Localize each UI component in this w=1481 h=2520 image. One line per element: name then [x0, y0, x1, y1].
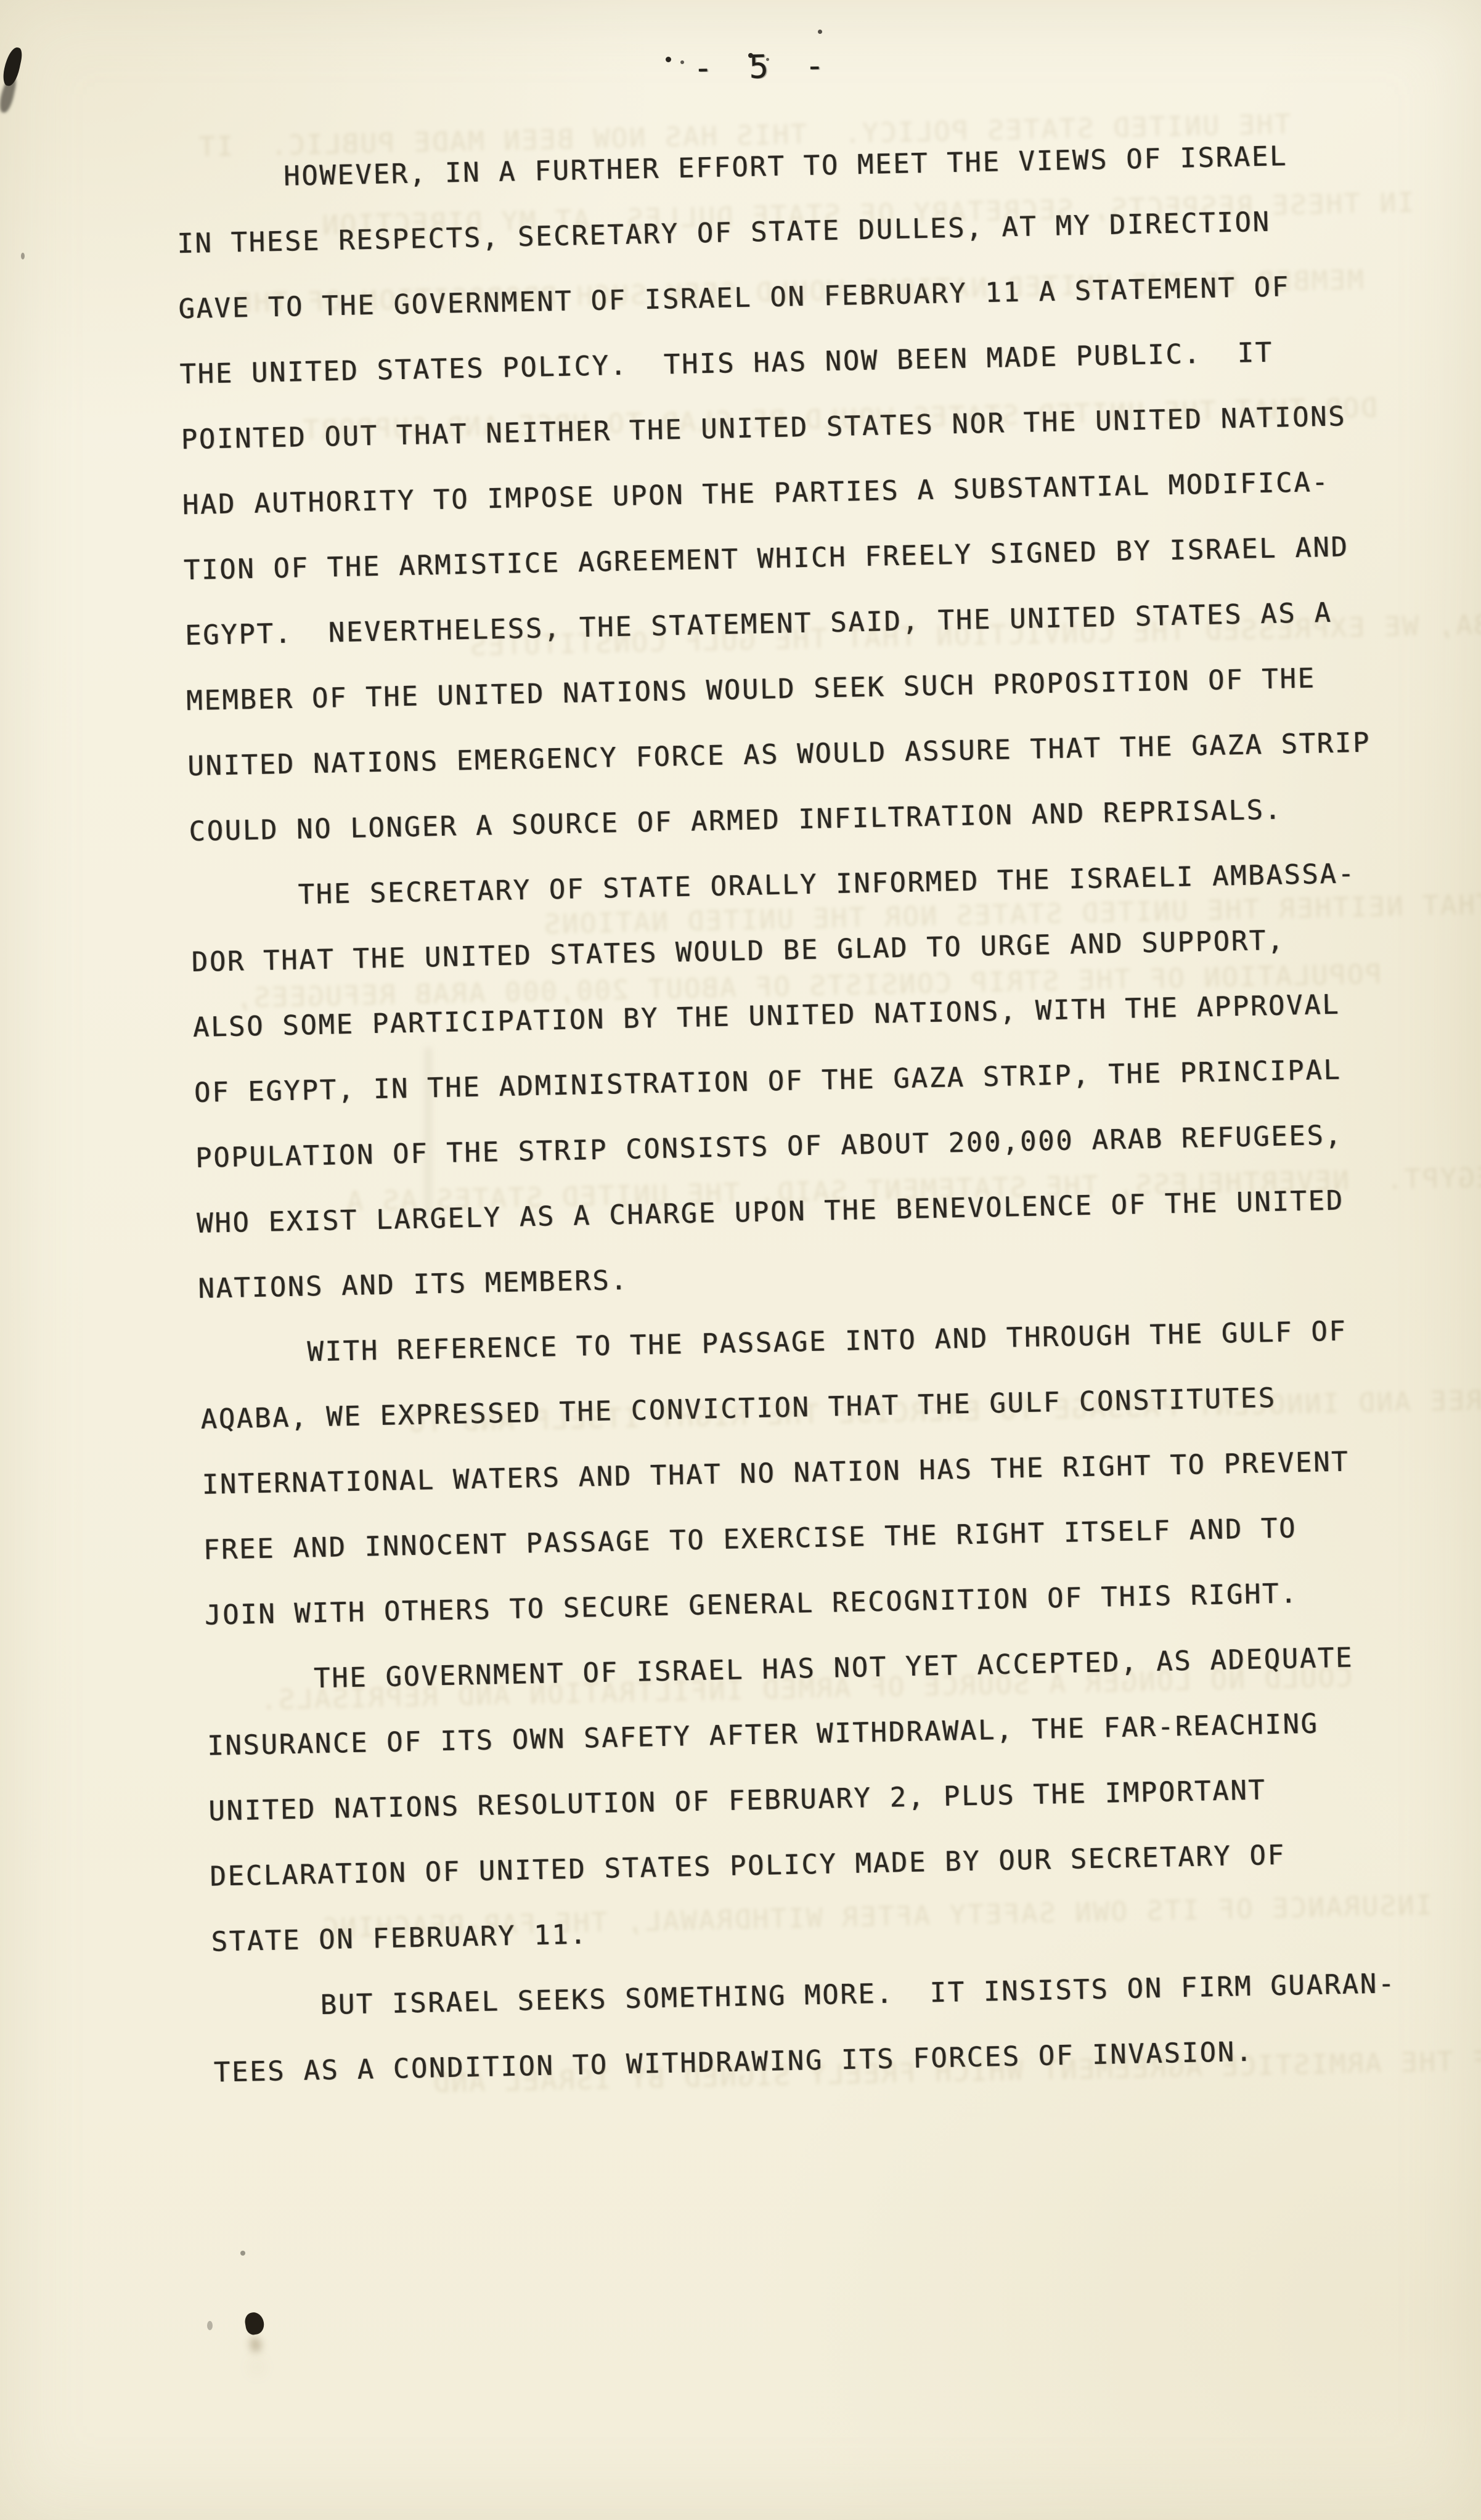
- ink-speck: [207, 2321, 213, 2330]
- ink-speck: [21, 253, 25, 259]
- ink-speck: [766, 58, 769, 61]
- text-line: FREE AND INNOCENT PASSAGE TO EXERCISE TH…: [203, 1515, 1297, 1564]
- ink-speck: [666, 57, 671, 62]
- text-line: DECLARATION OF UNITED STATES POLICY MADE…: [210, 1842, 1286, 1891]
- text-line: BUT ISRAEL SEEKS SOMETHING MORE. IT INSI…: [320, 1970, 1396, 2019]
- text-line: HAD AUTHORITY TO IMPOSE UPON THE PARTIES…: [182, 469, 1329, 519]
- text-line: OF EGYPT, IN THE ADMINISTRATION OF THE G…: [194, 1057, 1342, 1107]
- text-line: WITH REFERENCE TO THE PASSAGE INTO AND T…: [307, 1318, 1347, 1366]
- text-line: NATIONS AND ITS MEMBERS.: [198, 1267, 629, 1303]
- text-line: UNITED NATIONS RESOLUTION OF FEBRUARY 2,…: [208, 1777, 1267, 1825]
- text-line: POPULATION OF THE STRIP CONSISTS OF ABOU…: [195, 1122, 1343, 1172]
- page-number: - 5 -: [693, 47, 833, 88]
- text-line: JOIN WITH OTHERS TO SECURE GENERAL RECOG…: [205, 1580, 1299, 1629]
- typed-text-block: - 5 - HOWEVER, IN A FURTHER EFFORT TO ME…: [0, 0, 1481, 2520]
- ink-speck: [240, 2251, 245, 2256]
- text-line: MEMBER OF THE UNITED NATIONS WOULD SEEK …: [186, 665, 1316, 715]
- text-line: THE UNITED STATES POLICY. THIS HAS NOW B…: [179, 340, 1273, 389]
- text-line: INTERNATIONAL WATERS AND THAT NO NATION …: [202, 1449, 1349, 1499]
- ink-speck: [818, 30, 822, 34]
- text-line: COULD NO LONGER A SOURCE OF ARMED INFILT…: [189, 796, 1283, 846]
- body-text: HOWEVER, IN A FURTHER EFFORT TO MEET THE…: [0, 0, 1477, 4]
- text-line: INSURANCE OF ITS OWN SAFETY AFTER WITHDR…: [207, 1711, 1319, 1760]
- ink-speck: [748, 53, 753, 58]
- text-line: TION OF THE ARMISTICE AGREEMENT WHICH FR…: [184, 534, 1349, 584]
- document-page: - 5 - HOWEVER, IN A FURTHER EFFORT TO ME…: [0, 0, 1481, 2520]
- text-line: UNITED NATIONS EMERGENCY FORCE AS WOULD …: [187, 730, 1371, 781]
- ink-speck: [680, 60, 684, 64]
